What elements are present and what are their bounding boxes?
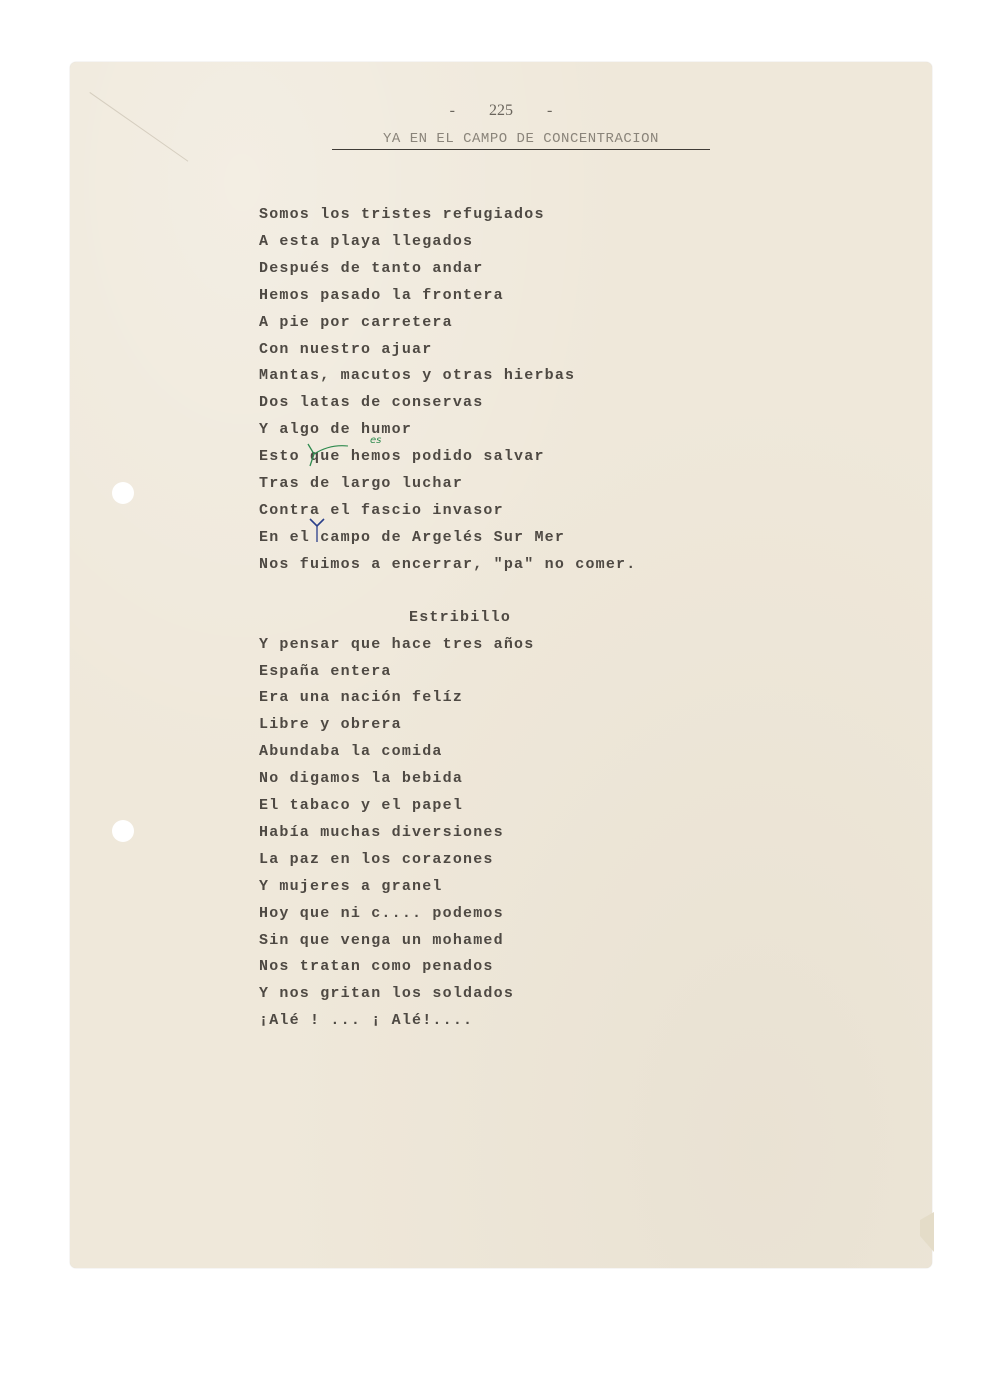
chorus-line: ¡Alé ! ... ¡ Alé!.... [259, 1008, 636, 1035]
folded-corner [920, 1212, 934, 1252]
chorus-line: Había muchas diversiones [259, 820, 636, 847]
handwritten-insertion-text: es [370, 435, 381, 446]
verse-line: Somos los tristes refugiados [259, 202, 636, 229]
chorus-line: Hoy que ni c.... podemos [259, 901, 636, 928]
handwritten-insertion-mark-icon [306, 440, 350, 468]
chorus-line: Y mujeres a granel [259, 874, 636, 901]
punch-hole [112, 820, 134, 842]
chorus-line: España entera [259, 659, 636, 686]
chorus-line: La paz en los corazones [259, 847, 636, 874]
document-page: - 225 - YA EN EL CAMPO DE CONCENTRACION … [70, 62, 932, 1268]
punch-hole [112, 482, 134, 504]
verse-line: Mantas, macutos y otras hierbas [259, 363, 636, 390]
verse-line: A esta playa llegados [259, 229, 636, 256]
verse-line: Después de tanto andar [259, 256, 636, 283]
chorus-section: Y pensar que hace tres años España enter… [259, 632, 636, 1036]
chorus-line: Y pensar que hace tres años [259, 632, 636, 659]
chorus-title: Estribillo [409, 605, 636, 632]
page-number: - 225 - [70, 102, 932, 120]
chorus-line: No digamos la bebida [259, 766, 636, 793]
handwritten-caret-icon [308, 517, 326, 543]
verse-line: Hemos pasado la frontera [259, 283, 636, 310]
verse-line: Nos fuimos a encerrar, "pa" no comer. [259, 552, 636, 579]
chorus-line: Sin que venga un mohamed [259, 928, 636, 955]
verse-line: A pie por carretera [259, 310, 636, 337]
verse-line: Dos latas de conservas [259, 390, 636, 417]
chorus-line: El tabaco y el papel [259, 793, 636, 820]
chorus-line: Abundaba la comida [259, 739, 636, 766]
verse-line: Con nuestro ajuar [259, 337, 636, 364]
document-title: YA EN EL CAMPO DE CONCENTRACION [332, 130, 710, 150]
chorus-line: Nos tratan como penados [259, 954, 636, 981]
chorus-line: Libre y obrera [259, 712, 636, 739]
chorus-line: Y nos gritan los soldados [259, 981, 636, 1008]
chorus-line: Era una nación felíz [259, 685, 636, 712]
verse-line: Tras de largo luchar [259, 471, 636, 498]
poem-body: Somos los tristes refugiados A esta play… [259, 202, 636, 1035]
